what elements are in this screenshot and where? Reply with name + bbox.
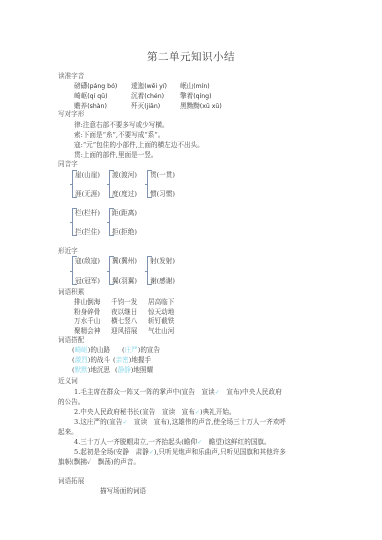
word: 沉着 bbox=[131, 92, 144, 100]
section-heading-collocation: 词语搭配 bbox=[58, 334, 84, 344]
pronunciation-item: 沉着(chén) bbox=[131, 90, 164, 100]
collocation-rest: 的山路 bbox=[90, 346, 110, 354]
idiom: 惊天动地 bbox=[148, 306, 174, 316]
answer-text: 庄严 bbox=[125, 346, 138, 354]
glyph-note: 贯:上面的部件,里面是一竖。 bbox=[74, 149, 157, 159]
synonym-sentence: 1.毛主席在群众一阵又一阵的掌声中(宣告 宣读✓ 宣布)中央人民政府 bbox=[74, 386, 282, 396]
pronunciation-item: 磅礴(páng bó) bbox=[74, 80, 117, 90]
group-bottom: 拦(拦住) bbox=[75, 226, 100, 236]
glyph-note: 寇:“元”包住的小部件,上面的横左边不出头。 bbox=[74, 139, 204, 149]
document-page: 第二单元知识小结 读准字音 磅礴(páng bó)逶迤(wēi yí)岷山(mí… bbox=[0, 0, 382, 540]
pinyin: (páng bó) bbox=[87, 83, 117, 90]
pinyin: (jiān) bbox=[144, 103, 160, 110]
section-heading-pronunciation: 读准字音 bbox=[58, 70, 84, 80]
idiom: 夜以继日 bbox=[111, 306, 137, 316]
pinyin: (qíng) bbox=[193, 93, 211, 100]
collocation-item: (激烈)的战斗 bbox=[72, 354, 110, 364]
collocation-item: (静静)地照耀 bbox=[115, 364, 153, 374]
idiom: 居高临下 bbox=[148, 296, 174, 306]
pinyin: (wēi yí) bbox=[144, 83, 167, 90]
section-heading-homophones: 同音字 bbox=[58, 158, 78, 168]
pronunciation-item: 歼灭(jiān) bbox=[131, 100, 160, 110]
idiom: 迎风招展 bbox=[111, 325, 137, 335]
answer-text: 激烈 bbox=[75, 356, 88, 364]
synonym-sentence: 5.起初是全场(安静 肃静✓),只听见炮声和乐曲声,只听见国旗和其他许多 bbox=[74, 446, 286, 456]
answer-text: 静静 bbox=[118, 366, 131, 374]
sentence-text: )典礼开始。 bbox=[200, 408, 236, 416]
collocation-item: (亲密)地握手 bbox=[113, 354, 151, 364]
sentence-text: 1.毛主席在群众一阵又一阵的掌声中(宣告 宣读 bbox=[74, 388, 215, 396]
idiom: 横七竖八 bbox=[111, 315, 137, 325]
answer-text: 崎岖 bbox=[75, 346, 88, 354]
sentence-continuation: 起来。 bbox=[58, 426, 78, 436]
section-heading-similar: 形近字 bbox=[58, 245, 78, 255]
collocation-rest: 地沉思 bbox=[90, 366, 110, 374]
collocation-rest: 的宣告 bbox=[140, 346, 160, 354]
collocation-item: (崎岖)的山路 bbox=[72, 344, 110, 354]
pronunciation-item: 黑黝黝(xū xū) bbox=[180, 100, 222, 110]
idiom: 气壮山河 bbox=[148, 325, 174, 335]
word: 岷山 bbox=[180, 82, 193, 90]
group-bottom: 冠(冠军) bbox=[75, 275, 100, 285]
idiom: 排山倒海 bbox=[74, 296, 100, 306]
group-top: 距(距离) bbox=[112, 207, 137, 217]
answer-text: 亲密 bbox=[116, 356, 129, 364]
collocation-item: (默默)地沉思 bbox=[72, 364, 110, 374]
group-bottom: 翼(羽翼) bbox=[112, 275, 137, 285]
group-top: 栏(栏杆) bbox=[75, 207, 100, 217]
group-top: 贯(一贯) bbox=[150, 169, 175, 179]
synonym-sentence: 2.中央人民政府秘书长(宣告 宣读 宣布✓)典礼开始。 bbox=[74, 406, 236, 416]
group-top: 寇(敌寇) bbox=[75, 255, 100, 265]
section-heading-synonyms: 近义词 bbox=[58, 375, 78, 385]
group-bottom: 惯(习惯) bbox=[150, 188, 175, 198]
section-heading-idioms: 词语积累 bbox=[58, 286, 84, 296]
group-top: 崖(山崖) bbox=[75, 169, 100, 179]
pinyin: (xū xū) bbox=[200, 103, 222, 110]
word: 磅礴 bbox=[74, 82, 87, 90]
pronunciation-item: 岷山(mín) bbox=[180, 80, 210, 90]
group-top: 射(发射) bbox=[150, 255, 175, 265]
pinyin: (shàn) bbox=[87, 103, 107, 110]
pronunciation-item: 崎岖(qí qū) bbox=[74, 90, 107, 100]
word: 崎岖 bbox=[74, 92, 87, 100]
sentence-text: 4.三十万人一齐脱帽肃立,一齐抬起头(瞻仰 bbox=[74, 438, 197, 446]
idiom: 粉身碎骨 bbox=[74, 306, 100, 316]
page-title: 第二单元知识小结 bbox=[0, 49, 382, 64]
pinyin: (qí qū) bbox=[87, 93, 107, 100]
group-bottom: 度(度过) bbox=[112, 188, 137, 198]
collocation-rest: 地握手 bbox=[131, 356, 151, 364]
word: 黑黝黝 bbox=[180, 102, 200, 110]
section-heading-expansion: 词语拓展 bbox=[58, 475, 84, 485]
pinyin: (mín) bbox=[193, 83, 210, 90]
sentence-continuation: 的公告。 bbox=[58, 396, 84, 406]
group-top: 冀(冀州) bbox=[112, 255, 137, 265]
sentence-text: 2.中央人民政府秘书长(宣告 宣读 宣布 bbox=[74, 408, 195, 416]
sentence-text: 3.这庄严的(宣告 bbox=[74, 418, 122, 426]
group-bottom: 涯(无涯) bbox=[75, 188, 100, 198]
idiom: 聚精会神 bbox=[74, 325, 100, 335]
pronunciation-item: 擎着(qíng) bbox=[180, 90, 212, 100]
synonym-sentence: 4.三十万人一齐脱帽肃立,一齐抬起头(瞻仰✓ 瞻望)这鲜红的国旗。 bbox=[74, 436, 271, 446]
word: 逶迤 bbox=[131, 82, 144, 90]
collocation-rest: 的战斗 bbox=[90, 356, 110, 364]
group-bottom: 拒(拒绝) bbox=[112, 226, 137, 236]
word: 擎着 bbox=[180, 92, 193, 100]
pinyin: (chén) bbox=[144, 93, 164, 100]
idiom: 万水千山 bbox=[74, 315, 100, 325]
sentence-text: 宣读 宣布),这雄伟的声音,使全场三十万人一齐欢呼 bbox=[127, 418, 285, 426]
idiom: 斩钉截铁 bbox=[148, 315, 174, 325]
collocation-rest: 地照耀 bbox=[133, 366, 153, 374]
answer-text: 默默 bbox=[75, 366, 88, 374]
glyph-note: 律:注意右部不要多写或少写横。 bbox=[74, 119, 169, 129]
synonym-sentence: 3.这庄严的(宣告✓ 宣读 宣布),这雄伟的声音,使全场三十万人一齐欢呼 bbox=[74, 416, 286, 426]
glyph-note: 索:下面是“糸”,不要写成“系”。 bbox=[74, 129, 164, 139]
word: 歼灭 bbox=[131, 102, 144, 110]
sentence-continuation: 旗帜(飘拂✓ 飘荡)的声音。 bbox=[58, 456, 140, 466]
sentence-text: ),只听见炮声和乐曲声,只听见国旗和其他许多 bbox=[154, 448, 286, 456]
group-bottom: 谢(感谢) bbox=[150, 275, 175, 285]
sentence-text: 瞻望)这鲜红的国旗。 bbox=[202, 438, 271, 446]
collocation-item: (庄严)的宣告 bbox=[122, 344, 160, 354]
section-heading-glyphs: 写对字形 bbox=[58, 108, 84, 118]
pronunciation-item: 逶迤(wēi yí) bbox=[131, 80, 167, 90]
sentence-text: 5.起初是全场(安静 肃静 bbox=[74, 448, 149, 456]
group-top: 渡(渡河) bbox=[112, 169, 137, 179]
idiom: 千钧一发 bbox=[111, 296, 137, 306]
sentence-text: 宣布)中央人民政府 bbox=[220, 388, 282, 396]
expansion-subheading: 描写场面的词语 bbox=[100, 485, 146, 495]
